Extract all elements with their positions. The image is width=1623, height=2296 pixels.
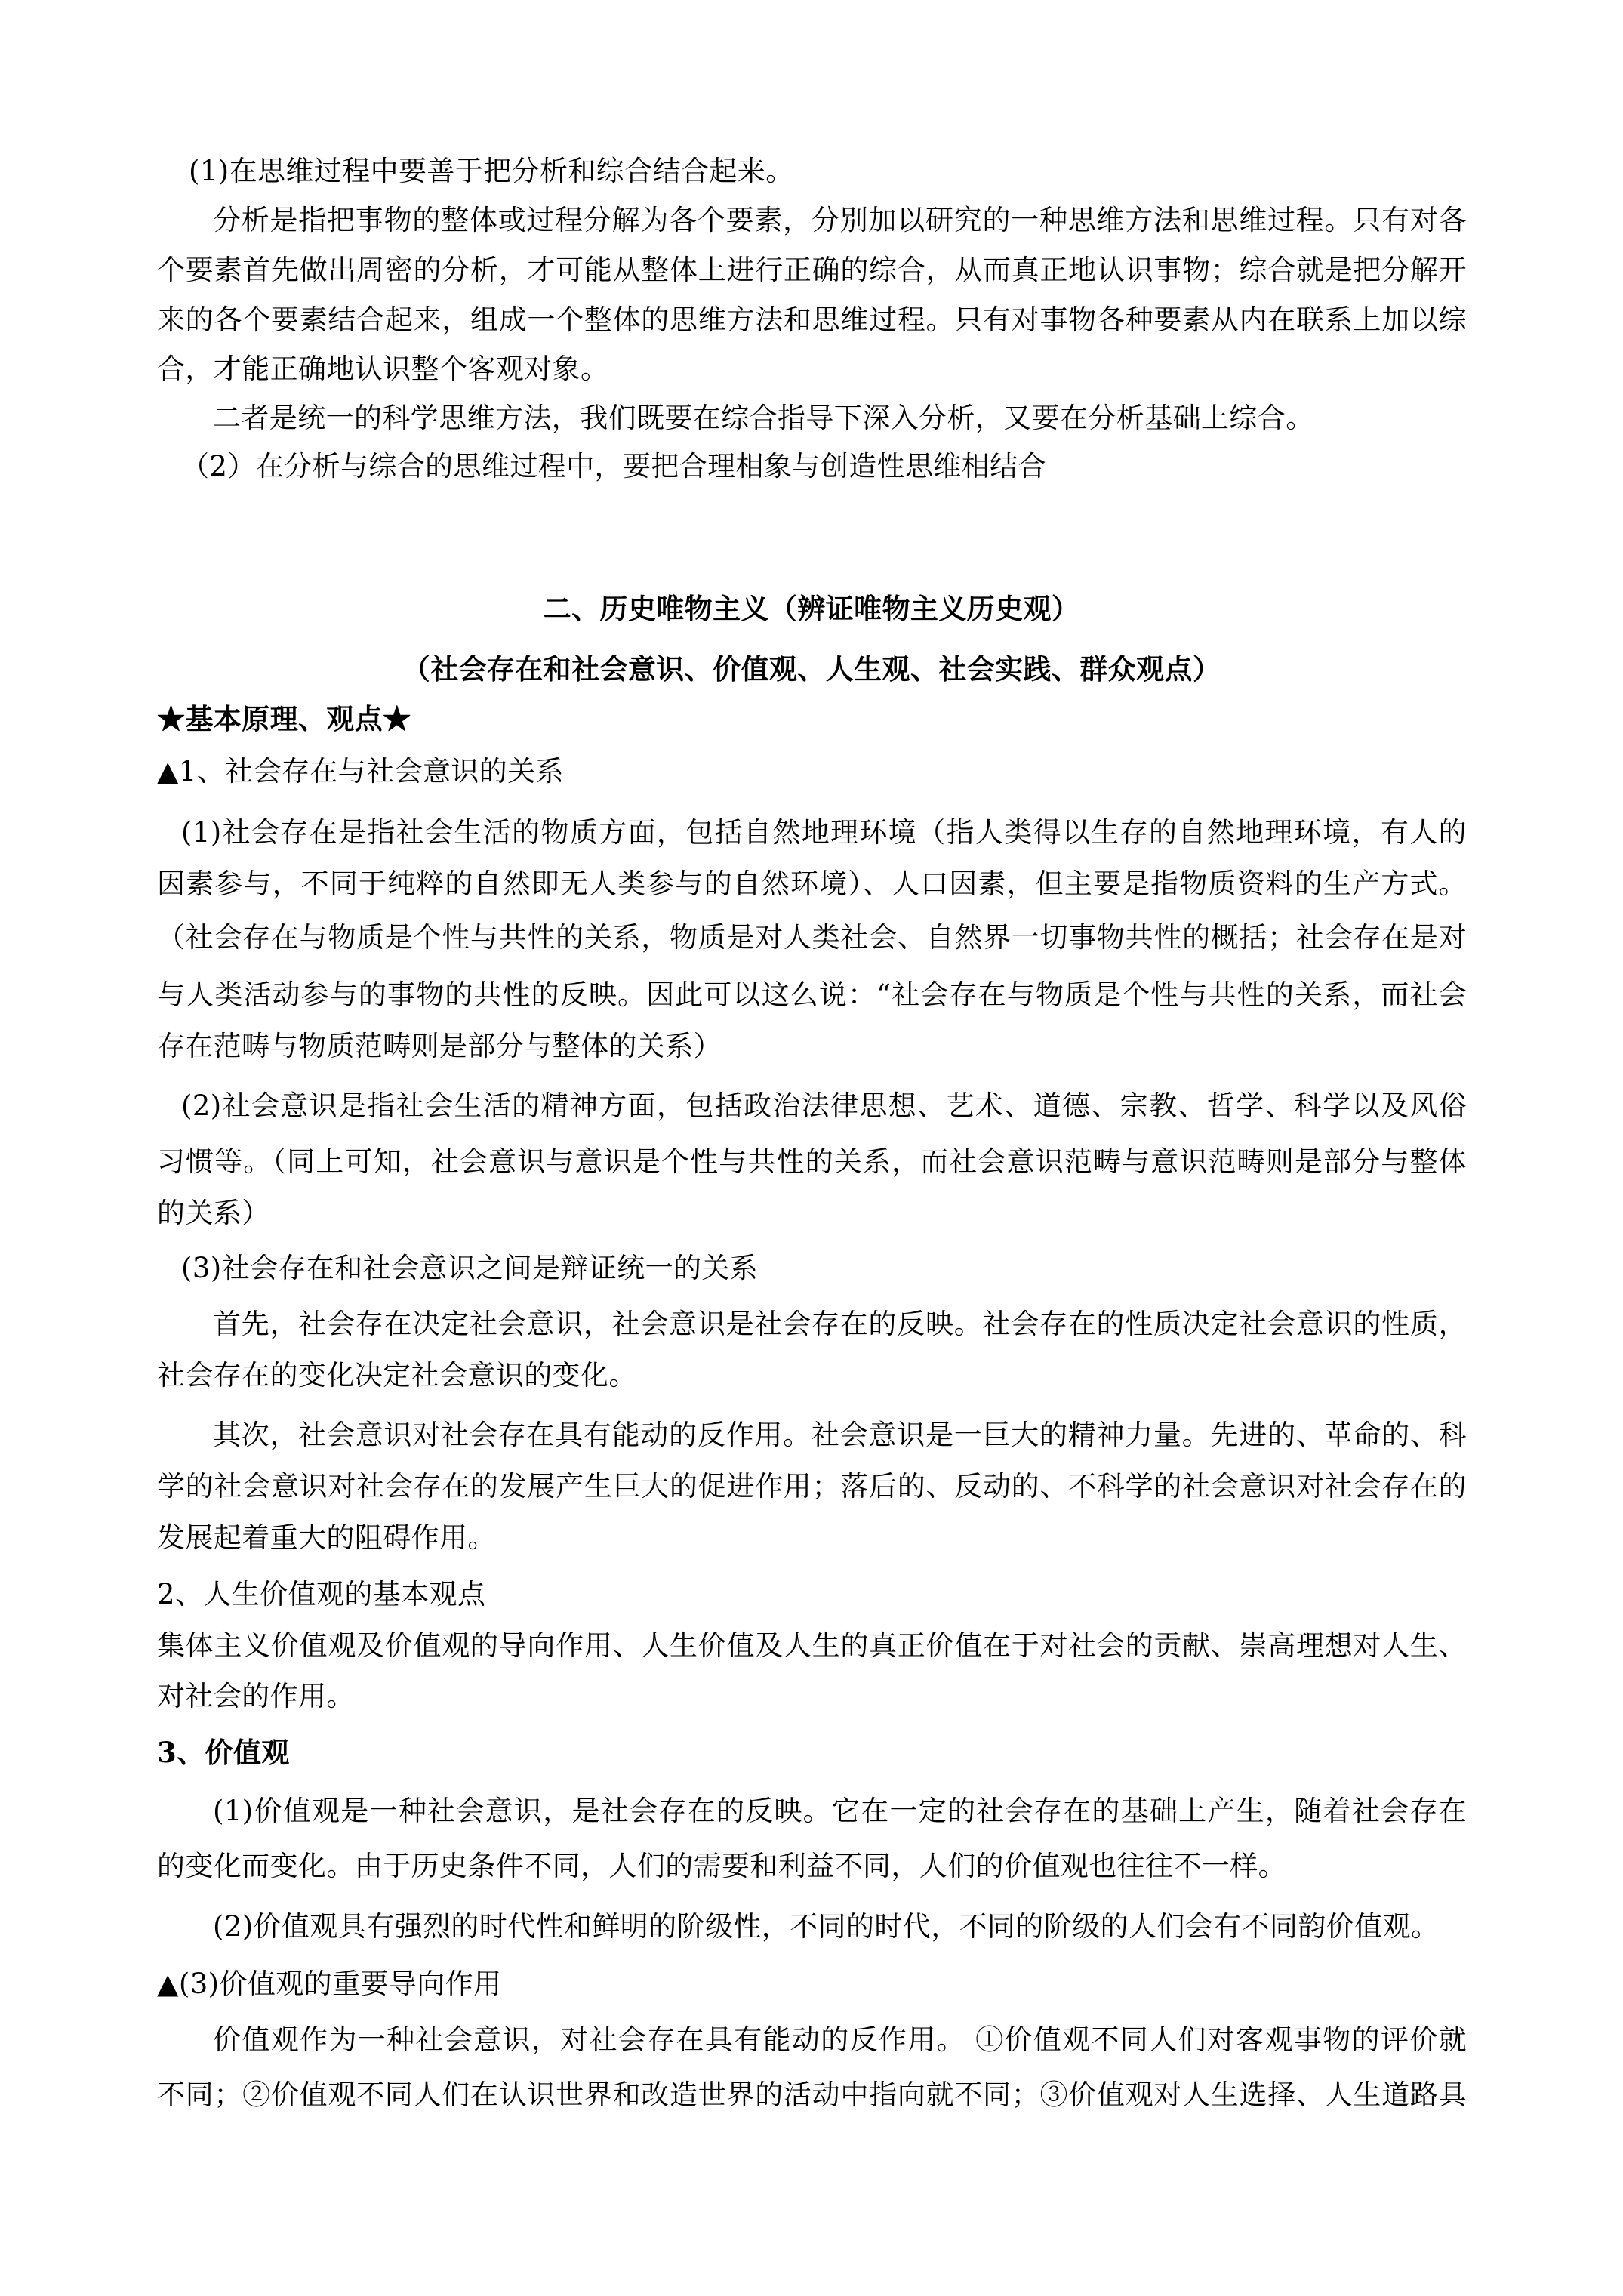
paragraph-first-determines: 首先，社会存在决定社会意识，社会意识是社会存在的反映。社会存在的性质决定社会意识… <box>213 1308 1467 1341</box>
section-subtitle: （社会存在和社会意识、价值观、人生观、社会实践、群众观点） <box>0 652 1623 686</box>
heading-life-values: 2、人生价值观的基本观点 <box>157 1578 485 1611</box>
paragraph-analysis-line-3: 来的各个要素结合起来，组成一个整体的思维方法和思维过程。只有对事物各种要素从内在… <box>157 304 1467 337</box>
paragraph-second-reaction: 其次，社会意识对社会存在具有能动的反作用。社会意识是一巨大的精神力量。先进的、革… <box>213 1419 1467 1452</box>
paragraph-social-existence-definition: (1)社会存在是指社会生活的物质方面，包括自然地理环境（指人类得以生存的自然地理… <box>181 816 1467 849</box>
paragraph-values-character: (2)价值观具有强烈的时代性和鲜明的阶级性，不同的时代，不同的阶级的人们会有不同… <box>213 1910 1439 1943</box>
basic-principles-heading: ★基本原理、观点★ <box>157 702 411 735</box>
paragraph-analysis-line-2: 个要素首先做出周密的分析，才可能从整体上进行正确的综合，从而真正地认识事物；综合… <box>157 254 1467 287</box>
paragraph-second-reaction-line-3: 发展起着重大的阻碍作用。 <box>157 1521 496 1555</box>
paragraph-social-existence-note: （社会存在与物质是个性与共性的关系，物质是对人类社会、自然界一切事物共性的概括；… <box>157 921 1467 954</box>
paragraph-social-existence-note-2: 与人类活动参与的事物的共性的反映。因此可以这么说：“社会存在与物质是个性与共性的… <box>157 978 1467 1012</box>
paragraph-second-reaction-line-2: 学的社会意识对社会存在的发展产生巨大的促进作用；落后的、反动的、不科学的社会意识… <box>157 1470 1467 1503</box>
paragraph-unity-of-methods: 二者是统一的科学思维方法，我们既要在综合指导下深入分析，又要在分析基础上综合。 <box>213 402 1314 435</box>
paragraph-values-guiding-role-line-2: 不同；②价值观不同人们在认识世界和改造世界的活动中指向就不同；③价值观对人生选择… <box>157 2079 1467 2112</box>
paragraph-social-existence-note-3: 存在范畴与物质范畴则是部分与整体的关系） <box>157 1030 722 1063</box>
paragraph-life-values-line-2: 对社会的作用。 <box>157 1680 355 1713</box>
paragraph-thinking-process-heading: (1)在思维过程中要善于把分析和综合结合起来。 <box>189 155 794 188</box>
paragraph-first-determines-line-2: 社会存在的变化决定社会意识的变化。 <box>157 1359 637 1392</box>
paragraph-creative-thinking: （2）在分析与综合的思维过程中，要把合理相象与创造性思维相结合 <box>181 450 1046 483</box>
paragraph-values-definition-line-2: 的变化而变化。由于历史条件不同，人们的需要和利益不同，人们的价值观也往往不一样。 <box>157 1850 1286 1883</box>
paragraph-social-consciousness-definition: (2)社会意识是指社会生活的精神方面，包括政治法律思想、艺术、道德、宗教、哲学、… <box>181 1089 1467 1123</box>
paragraph-life-values: 集体主义价值观及价值观的导向作用、人生价值及人生的真正价值在于对社会的贡献、崇高… <box>157 1629 1467 1663</box>
paragraph-analysis-line-4: 合，才能正确地认识整个客观对象。 <box>157 353 608 386</box>
paragraph-social-consciousness-line-3: 的关系） <box>157 1197 270 1230</box>
heading-social-existence-consciousness: ▲1、社会存在与社会意识的关系 <box>157 755 564 788</box>
paragraph-values-definition: (1)价值观是一种社会意识，是社会存在的反映。它在一定的社会存在的基础上产生，随… <box>213 1795 1467 1828</box>
paragraph-analysis-definition: 分析是指把事物的整体或过程分解为各个要素，分别加以研究的一种思维方法和思维过程。… <box>213 204 1467 237</box>
section-title: 二、历史唯物主义（辨证唯物主义历史观） <box>0 592 1623 625</box>
heading-values-guiding-role: ▲(3)价值观的重要导向作用 <box>157 1968 501 2001</box>
paragraph-social-consciousness-line-2: 习惯等。（同上可知，社会意识与意识是个性与共性的关系，而社会意识范畴与意识范畴则… <box>157 1145 1467 1179</box>
heading-dialectical-unity: (3)社会存在和社会意识之间是辩证统一的关系 <box>181 1252 758 1285</box>
paragraph-values-guiding-role: 价值观作为一种社会意识，对社会存在具有能动的反作用。 ①价值观不同人们对客观事物… <box>213 2023 1467 2057</box>
paragraph-social-existence-line-2: 因素参与，不同于纯粹的自然即无人类参与的自然环境）、人口因素，但主要是指物质资料… <box>157 868 1467 901</box>
heading-values: 3、价值观 <box>157 1736 290 1769</box>
